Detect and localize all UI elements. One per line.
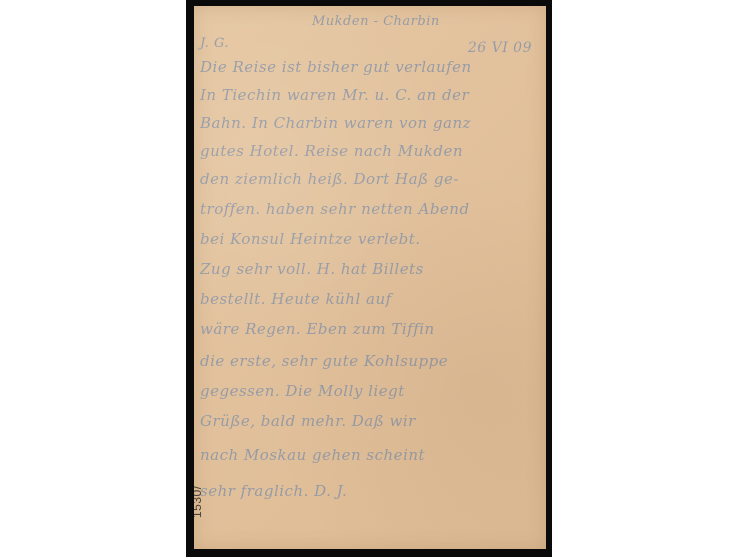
handwritten-line: Bahn. In Charbin waren von ganz (200, 114, 471, 132)
handwritten-line: Zug sehr voll. H. hat Billets (200, 260, 424, 278)
postcard: Mukden - Charbin J. G. 26 VI 09 Die Reis… (194, 6, 546, 549)
handwritten-line: In Tiechin waren Mr. u. C. an der (200, 86, 469, 104)
archive-number: 1530/ (194, 485, 204, 518)
handwritten-line: wäre Regen. Eben zum Tiffin (200, 320, 435, 338)
handwritten-line: nach Moskau gehen scheint (200, 446, 425, 464)
handwritten-line: bestellt. Heute kühl auf (200, 290, 392, 308)
postcard-header: Mukden - Charbin (312, 14, 440, 29)
handwritten-line: gegessen. Die Molly liegt (200, 382, 405, 400)
handwritten-line: sehr fraglich. D. J. (200, 482, 347, 500)
postcard-date: 26 VI 09 (468, 40, 532, 56)
handwritten-line: die erste, sehr gute Kohlsuppe (200, 352, 448, 370)
handwritten-line: troffen. haben sehr netten Abend (200, 200, 470, 218)
handwritten-line: gutes Hotel. Reise nach Mukden (200, 142, 463, 160)
postcard-initials: J. G. (200, 36, 229, 51)
handwritten-line: den ziemlich heiß. Dort Haß ge- (200, 170, 459, 188)
handwritten-line: bei Konsul Heintze verlebt. (200, 230, 421, 248)
handwritten-line: Grüße, bald mehr. Daß wir (200, 412, 416, 430)
handwritten-line: Die Reise ist bisher gut verlaufen (200, 58, 472, 76)
